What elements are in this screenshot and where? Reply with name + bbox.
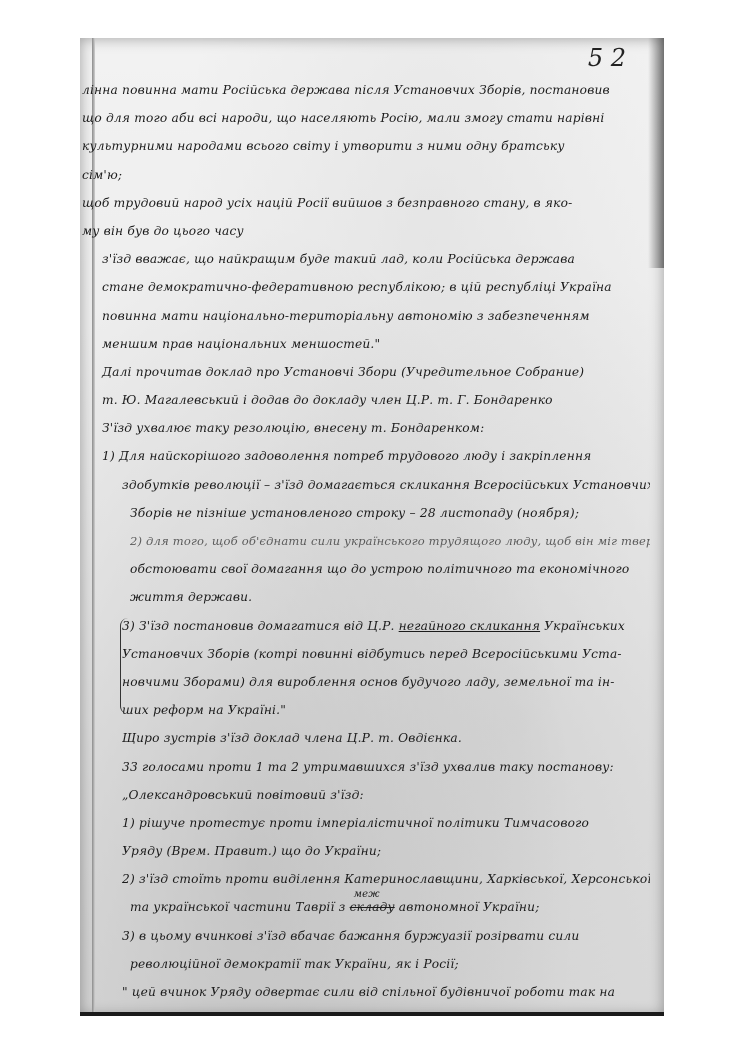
handwritten-text: лінна повинна мати Російська держава піс… [80, 76, 650, 1006]
text-line: повинна мати національно-територіальну а… [80, 302, 650, 330]
text-line: новчими Зборами) для вироблення основ бу… [80, 668, 650, 696]
text-line: сім'ю; [80, 161, 650, 189]
text-line: " цей вчинок Уряду одвертає сили від спі… [80, 978, 650, 1006]
text-line: 3) З'їзд постановив домагатися від Ц.Р. … [80, 612, 650, 640]
text-line: Далі прочитав доклад про Установчі Збори… [80, 358, 650, 386]
text-line: життя держави. [80, 583, 650, 611]
text-line: 2) для того, щоб об'єднати сили українсь… [80, 527, 650, 555]
text-line: му він був до цього часу [80, 217, 650, 245]
text-line: та української частини Таврії з межсклад… [80, 893, 650, 921]
bracket-mark [120, 618, 129, 714]
text-line: З'їзд ухвалює таку резолюцію, внесену т.… [80, 414, 650, 442]
text-line: 3) в цьому вчинкові з'їзд вбачає бажання… [80, 922, 650, 950]
text-line: щоб трудовий народ усіх націй Росії вийш… [80, 189, 650, 217]
text-line: революційної демократії так України, як … [80, 950, 650, 978]
text-line: 1) рішуче протестує проти імперіалістичн… [80, 809, 650, 837]
correction: межскладу [350, 893, 395, 921]
text-line: т. Ю. Магалевський і додав до докладу чл… [80, 386, 650, 414]
text-line: ших реформ на Україні." [80, 696, 650, 724]
text-line: обстоювати свої домагання що до устрою п… [80, 555, 650, 583]
text-line: Уряду (Врем. Правит.) що до України; [80, 837, 650, 865]
text-line: 1) Для найскорішого задоволення потреб т… [80, 442, 650, 470]
document-page: 5 2 лінна повинна мати Російська держава… [80, 38, 664, 1016]
text-line: Установчих Зборів (котрі повинні відбути… [80, 640, 650, 668]
text-line: „Олександровський повітовий з'їзд: [80, 781, 650, 809]
text-line: стане демократично-федеративною республі… [80, 273, 650, 301]
text-line: культурними народами всього світу і утво… [80, 132, 650, 160]
page-number: 5 2 [588, 44, 626, 72]
text-line: з'їзд вважає, що найкращим буде такий ла… [80, 245, 650, 273]
text-line: 33 голосами проти 1 та 2 утримавшихся з'… [80, 753, 650, 781]
underlined-phrase: негайного скликання [399, 619, 540, 633]
page-bottom-edge [80, 1012, 664, 1016]
text-line: лінна повинна мати Російська держава піс… [80, 76, 650, 104]
text-line: здобутків революції – з'їзд домагається … [80, 471, 650, 499]
text-line: Щиро зустрів з'їзд доклад члена Ц.Р. т. … [80, 724, 650, 752]
text-line: меншим прав національних меншостей." [80, 330, 650, 358]
text-line: Зборів не пізніше установленого строку –… [80, 499, 650, 527]
text-line: що для того аби всі народи, що населяють… [80, 104, 650, 132]
